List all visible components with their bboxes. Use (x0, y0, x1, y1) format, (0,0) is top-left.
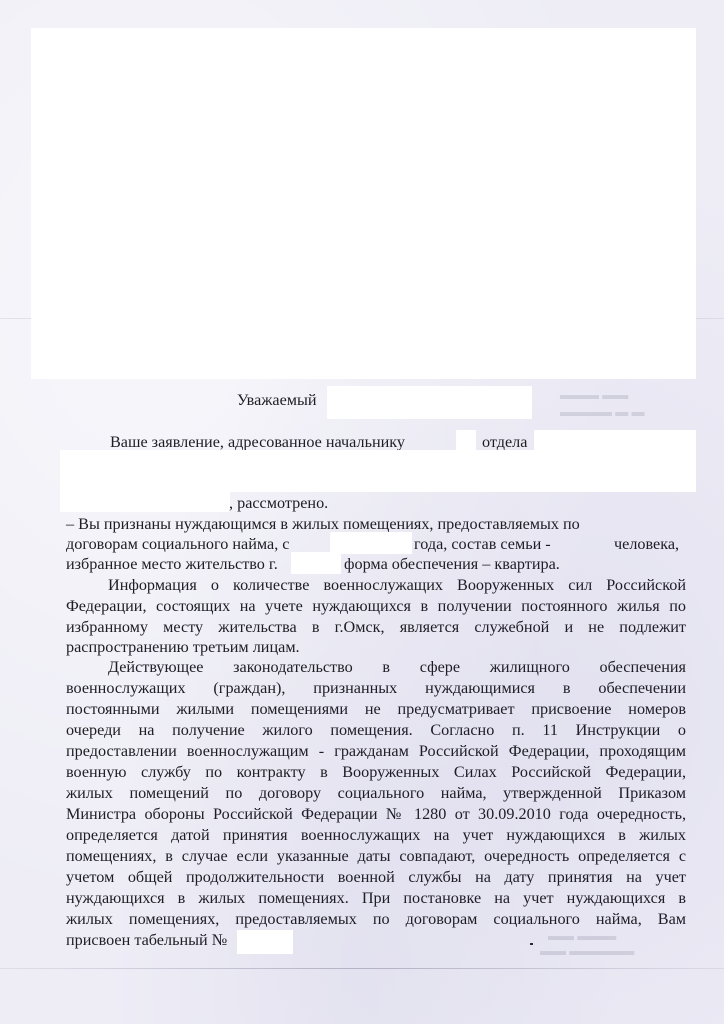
show-through-text: ▬▬▬▬ ▬ ▬ (560, 404, 645, 420)
redacted-city (291, 552, 341, 574)
law-line-3: постоянными жилыми помещениями не предус… (66, 699, 686, 719)
redacted-date (330, 532, 412, 554)
info-line-2: Федерации, состоящих на учете нуждающихс… (66, 596, 686, 616)
law-line-9: определяется датой принятия военнослужащ… (66, 825, 686, 845)
info-line-3: избранному месту жительства в г.Омск, яв… (66, 617, 686, 637)
law-line-4: очереди на получение жилого помещения. С… (66, 720, 686, 740)
law-line-6: военную службу по контракту в Вооруженны… (66, 762, 686, 782)
law-line-13: жилых помещениях, предоставляемых по дог… (66, 909, 686, 929)
law-line-7: жилых помещений по договору социального … (66, 783, 686, 803)
law-line-12: нуждающихся в жилых помещениях. При пост… (66, 888, 686, 908)
paper-fold-crease (0, 968, 724, 969)
decision-line-1: – Вы признаны нуждающимся в жилых помеще… (66, 514, 580, 534)
decision-line-3b: форма обеспечения – квартира. (344, 554, 560, 574)
decision-line-3a: избранное место жительство г. (66, 554, 278, 574)
intro-line-1-dept: отдела (482, 432, 527, 452)
show-through-text: ▬▬▬ ▬▬ (560, 387, 628, 403)
greeting: Уважаемый (237, 390, 317, 410)
decision-line-2a: договорам социального найма, с (66, 534, 290, 554)
redacted-recipient-name (327, 386, 532, 419)
info-line-4: распространению третьим лицам. (66, 637, 300, 657)
law-line-10: помещениях, в случае если указанные даты… (66, 846, 686, 866)
law-line-2: военнослужащих (граждан), признанных нуж… (66, 678, 686, 698)
decision-line-2c: человека, (614, 534, 679, 554)
show-through-signature: ▬▬ ▬▬▬▬▬ (540, 943, 634, 959)
redacted-department-name-cont (60, 490, 230, 512)
redacted-roster-number (237, 930, 293, 954)
redacted-letterhead (31, 28, 696, 379)
law-line-1: Действующее законодательство в сфере жил… (108, 657, 686, 677)
intro-line-3: , рассмотрено. (229, 493, 328, 513)
decision-line-2b: года, состав семьи - (414, 534, 551, 554)
redacted-department-name-cont (60, 450, 696, 492)
show-through-signature: ▬▬ ▬▬▬ (548, 928, 616, 944)
roster-number-label: присвоен табельный № (66, 930, 227, 950)
law-line-5: предоставлении военнослужащим - граждана… (66, 741, 686, 761)
stray-mark (530, 943, 533, 945)
info-line-1: Информация о количестве военнослужащих В… (108, 575, 686, 595)
law-line-8: Министра обороны Российской Федерации № … (66, 804, 686, 824)
law-line-11: учетом общей продолжительности военной с… (66, 867, 686, 887)
intro-line-1: Ваше заявление, адресованное начальнику (110, 432, 405, 452)
